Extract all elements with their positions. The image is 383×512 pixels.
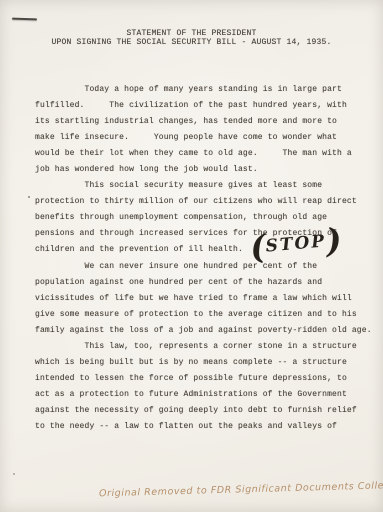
typed-line: This law, too, represents a corner stone… [35, 339, 373, 355]
typed-line: against the necessity of going deeply in… [35, 403, 373, 419]
typed-line: its startling industrial changes, has te… [35, 114, 373, 130]
scanned-document-page: STATEMENT OF THE PRESIDENT UPON SIGNING … [0, 0, 383, 512]
typed-line: job has wondered how long the job would … [35, 162, 373, 178]
typed-line: would be their lot when they came to old… [35, 146, 373, 162]
typed-line: fulfilled. The civilization of the past … [35, 98, 373, 114]
paper-speck [28, 196, 30, 198]
paper-speck [13, 473, 15, 475]
typed-line: vicissitudes of life but we have tried t… [35, 291, 373, 307]
document-title: STATEMENT OF THE PRESIDENT UPON SIGNING … [0, 29, 383, 48]
handwritten-removal-note: Original Removed to FDR Significant Docu… [99, 480, 383, 500]
typed-line: protection to thirty million of our citi… [35, 194, 373, 210]
stop-open-paren: ( [248, 227, 267, 267]
typed-line: make life insecure. Young people have co… [35, 130, 373, 146]
stop-close-paren: ) [324, 220, 343, 260]
typed-line: This social security measure gives at le… [35, 178, 373, 194]
typed-line: population against one hundred per cent … [35, 275, 373, 291]
typed-line: to the needy -- a law to flatten out the… [35, 419, 373, 435]
pencil-mark [12, 18, 37, 21]
title-line-2: UPON SIGNING THE SOCIAL SECURITY BILL - … [0, 38, 383, 47]
typed-line: Today a hope of many years standing is i… [35, 82, 373, 98]
handwritten-stop-annotation: (STOP) [249, 222, 344, 266]
stop-word: STOP [265, 231, 327, 256]
typed-line: We can never insure one hundred per cent… [35, 259, 373, 275]
typed-line: give some measure of protection to the a… [35, 307, 373, 323]
title-line-1: STATEMENT OF THE PRESIDENT [0, 29, 383, 38]
typed-line: which is being built but is by no means … [35, 355, 373, 371]
typed-line: family against the loss of a job and aga… [35, 323, 373, 339]
typed-line: intended to lessen the force of possible… [35, 371, 373, 387]
typed-line: act as a protection to future Administra… [35, 387, 373, 403]
